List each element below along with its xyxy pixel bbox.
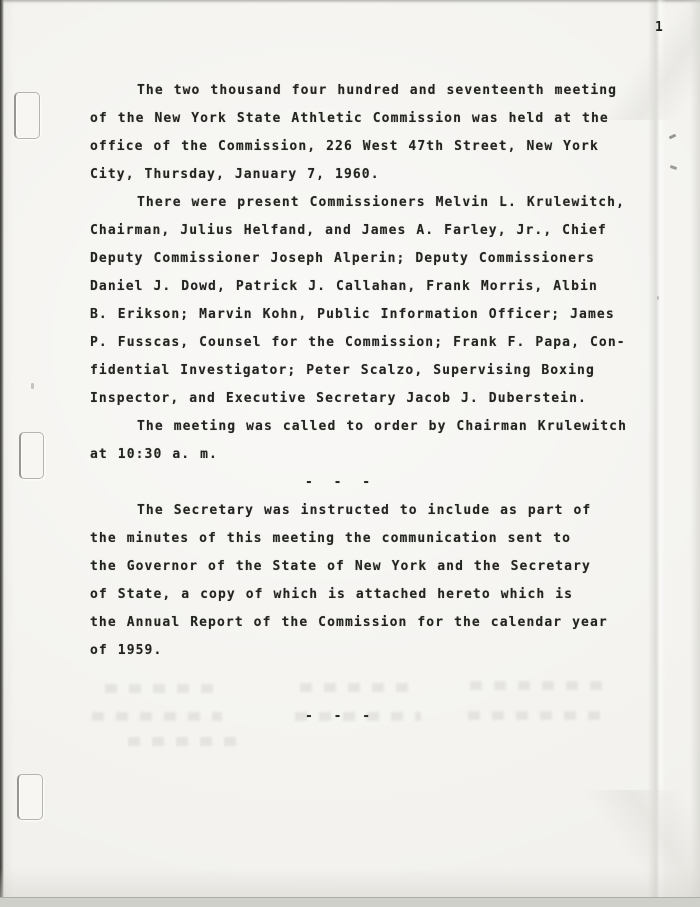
dirt-speck [657,296,659,300]
dirt-speck [31,383,34,389]
bleed-through-text [295,712,421,721]
text-line: at 10:30 a. m. [90,441,650,469]
bleed-through-text [92,712,222,721]
paper-left-edge [0,0,4,907]
scanner-background-strip [0,897,700,907]
text-line: City, Thursday, January 7, 1960. [90,161,650,189]
document-body: The two thousand four hundred and sevent… [90,77,650,731]
dirt-speck [670,165,678,170]
paper-bottom-shading [0,868,700,897]
text-line: There were present Commissioners Melvin … [90,189,650,217]
text-line: of State, a copy of which is attached he… [90,581,650,609]
paper-right-edge [690,0,700,907]
text-line: The two thousand four hundred and sevent… [90,77,650,105]
text-line: Deputy Commissioner Joseph Alperin; Depu… [90,245,650,273]
bleed-through-text [128,737,238,746]
text-line: The Secretary was instructed to include … [90,497,650,525]
text-line: of the New York State Athletic Commissio… [90,105,650,133]
text-line: the Governor of the State of New York an… [90,553,650,581]
bleed-through-text [300,683,412,692]
bleed-through-text [470,681,602,690]
text-line: Chairman, Julius Helfand, and James A. F… [90,217,650,245]
text-line: Daniel J. Dowd, Patrick J. Callahan, Fra… [90,273,650,301]
dirt-speck [669,134,677,140]
punch-hole-top [14,92,40,139]
paper-crease-right [648,0,666,907]
text-line: the minutes of this meeting the communic… [90,525,650,553]
punch-hole-bottom [17,774,43,820]
text-line: Inspector, and Executive Secretary Jacob… [90,385,650,413]
text-line: B. Erikson; Marvin Kohn, Public Informat… [90,301,650,329]
separator-dashes: - - - [90,469,650,497]
text-line: The meeting was called to order by Chair… [90,413,650,441]
punch-hole-middle [19,432,44,479]
text-line: P. Fusscas, Counsel for the Commission; … [90,329,650,357]
scanned-page: 1 The two thousand four hundred and seve… [0,0,700,907]
page-number: 1 [655,20,664,35]
bleed-through-text [468,711,610,720]
text-line: the Annual Report of the Commission for … [90,609,650,637]
text-line: fidential Investigator; Peter Scalzo, Su… [90,357,650,385]
text-line: of 1959. [90,637,650,665]
text-line: office of the Commission, 226 West 47th … [90,133,650,161]
bleed-through-text [105,684,225,693]
